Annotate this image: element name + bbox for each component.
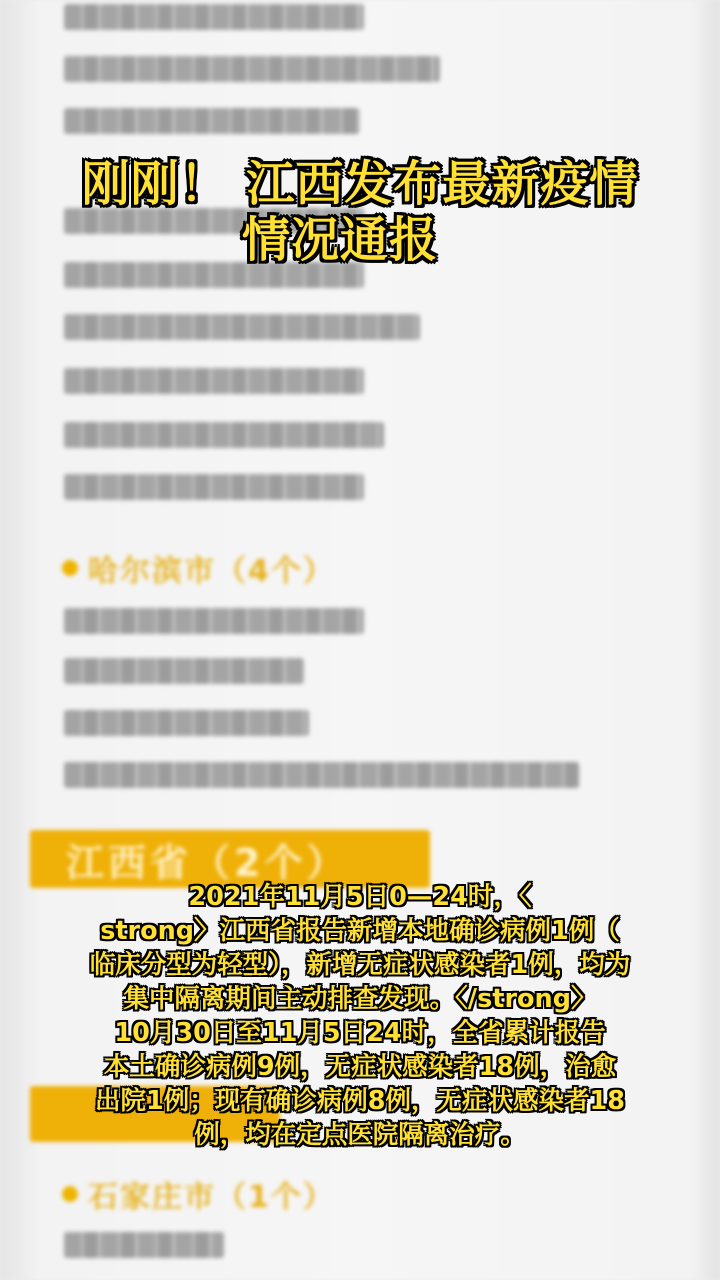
- blurred-text-line: [64, 762, 579, 788]
- blurred-text-line: [64, 1232, 224, 1258]
- harbin-heading-text: 哈尔滨市（4个）: [88, 546, 335, 590]
- harbin-heading: 哈尔滨市（4个）: [62, 546, 335, 590]
- shijiazhuang-heading: 石家庄市（1个）: [62, 1172, 335, 1216]
- body-caption-line: 出院1例；现有确诊病例8例，无症状感染者18: [54, 1084, 666, 1118]
- bullet-dot-icon: [62, 560, 78, 576]
- shijiazhuang-heading-text: 石家庄市（1个）: [88, 1172, 335, 1216]
- blurred-text-line: [64, 422, 384, 448]
- bullet-dot-icon: [62, 1186, 78, 1202]
- body-caption-line: 集中隔离期间主动排查发现。〈/strong〉: [54, 982, 666, 1016]
- body-caption-line: 临床分型为轻型），新增无症状感染者1例，均为: [54, 948, 666, 982]
- jiangxi-heading-text: 江西省（2个）: [66, 832, 348, 887]
- video-body-caption: 2021年11月5日0—24时，〈 strong〉江西省报告新增本地确诊病例1例…: [54, 880, 666, 1152]
- blurred-text-line: [64, 658, 304, 684]
- blurred-text-line: [64, 108, 360, 134]
- body-caption-line: 10月30日至11月5日24时，全省累计报告: [54, 1016, 666, 1050]
- blurred-text-line: [64, 474, 364, 500]
- blurred-text-line: [64, 608, 364, 634]
- body-caption-line: 本土确诊病例9例，无症状感染者18例，治愈: [54, 1050, 666, 1084]
- title-line-1: 刚刚！ 江西发布最新疫情: [82, 156, 639, 212]
- body-caption-line: 2021年11月5日0—24时，〈: [54, 880, 666, 914]
- blurred-text-line: [64, 56, 440, 82]
- video-title-caption: 刚刚！ 江西发布最新疫情 情况通报: [0, 156, 720, 268]
- blurred-text-line: [64, 710, 309, 736]
- body-caption-line: strong〉江西省报告新增本地确诊病例1例（: [54, 914, 666, 948]
- blurred-text-line: [64, 314, 420, 340]
- blurred-text-line: [64, 4, 364, 30]
- blurred-text-line: [64, 368, 364, 394]
- title-line-2: 情况通报: [0, 212, 720, 268]
- body-caption-line: 例，均在定点医院隔离治疗。: [54, 1118, 666, 1152]
